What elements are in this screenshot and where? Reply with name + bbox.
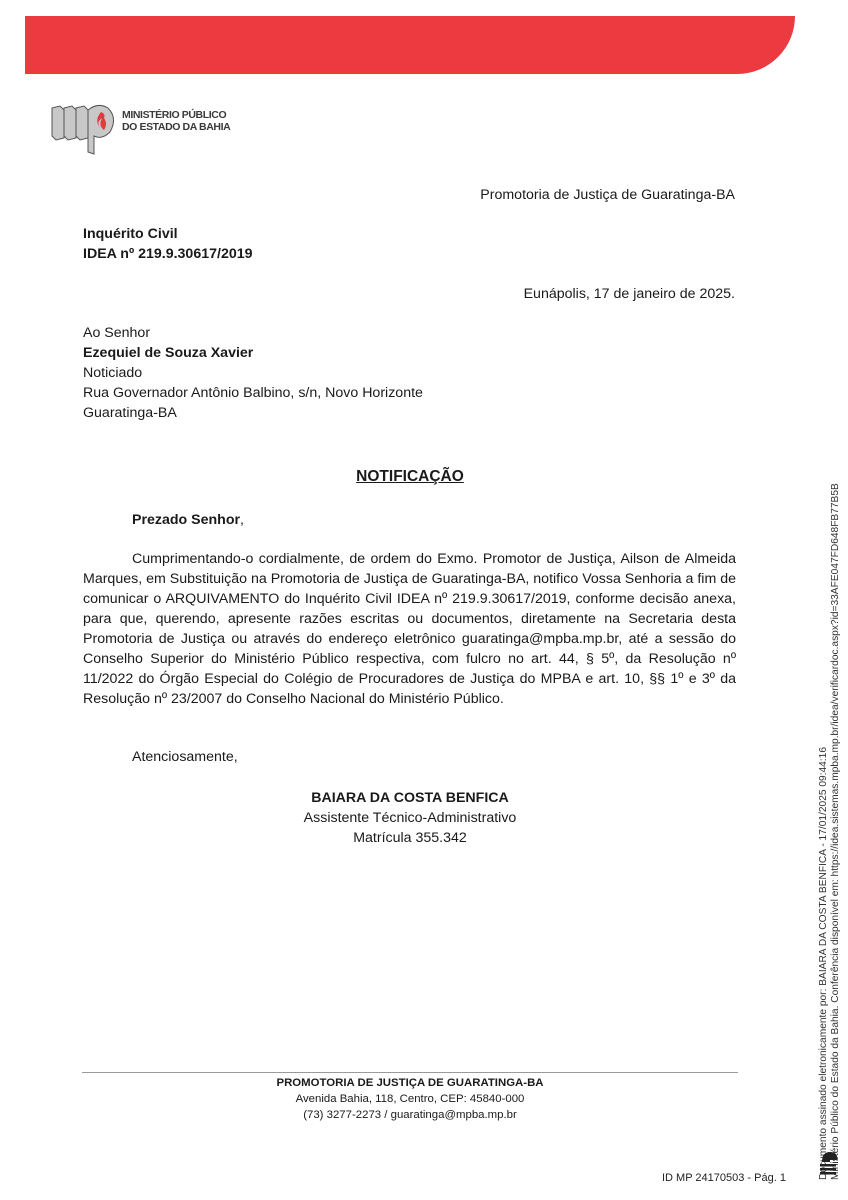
header-banner [25,16,795,74]
recipient-salutation: Ao Senhor [83,323,423,343]
body-paragraph: Cumprimentando-o cordialmente, de ordem … [83,549,736,709]
signer-position: Assistente Técnico-Administrativo [0,808,820,828]
signature-stamp: Documento assinado eletronicamente por: … [818,360,841,1180]
recipient-block: Ao Senhor Ezequiel de Souza Xavier Notic… [83,323,423,423]
org-logo: MINISTÉRIO PÚBLICO DO ESTADO DA BAHIA [50,100,250,156]
document-title: NOTIFICAÇÃO [0,467,820,487]
recipient-address: Rua Governador Antônio Balbino, s/n, Nov… [83,383,423,403]
mp-stamp-icon [818,1150,840,1176]
case-reference: Inquérito Civil IDEA nº 219.9.30617/2019 [83,224,253,264]
page-id: ID MP 24170503 - Pág. 1 [662,1172,786,1184]
footer-address: Avenida Bahia, 118, Centro, CEP: 45840-0… [0,1091,820,1107]
greeting-punct: , [240,512,244,528]
case-type: Inquérito Civil [83,224,253,244]
signature-block: BAIARA DA COSTA BENFICA Assistente Técni… [0,788,820,848]
footer: PROMOTORIA DE JUSTIÇA DE GUARATINGA-BA A… [0,1075,820,1123]
signer-registration: Matrícula 355.342 [0,828,820,848]
org-name-line2: DO ESTADO DA BAHIA [122,121,230,133]
stamp-line1: Documento assinado eletronicamente por: … [818,360,830,1180]
recipient-city: Guaratinga-BA [83,403,423,423]
mp-logo-icon [50,100,120,156]
greeting: Prezado Senhor, [132,510,244,530]
closing: Atenciosamente, [132,747,238,767]
recipient-role: Noticiado [83,363,423,383]
footer-divider [82,1072,738,1073]
recipient-name: Ezequiel de Souza Xavier [83,343,423,363]
promotoria-heading: Promotoria de Justiça de Guaratinga-BA [480,185,735,205]
stamp-line2: Ministério Público do Estado da Bahia. C… [830,360,842,1180]
footer-office: PROMOTORIA DE JUSTIÇA DE GUARATINGA-BA [0,1075,820,1091]
org-name: MINISTÉRIO PÚBLICO DO ESTADO DA BAHIA [122,109,230,133]
org-name-line1: MINISTÉRIO PÚBLICO [122,109,230,121]
signer-name: BAIARA DA COSTA BENFICA [0,788,820,808]
footer-contact: (73) 3277-2273 / guaratinga@mpba.mp.br [0,1107,820,1123]
case-number: IDEA nº 219.9.30617/2019 [83,244,253,264]
place-date: Eunápolis, 17 de janeiro de 2025. [524,284,735,304]
greeting-bold: Prezado Senhor [132,512,240,528]
